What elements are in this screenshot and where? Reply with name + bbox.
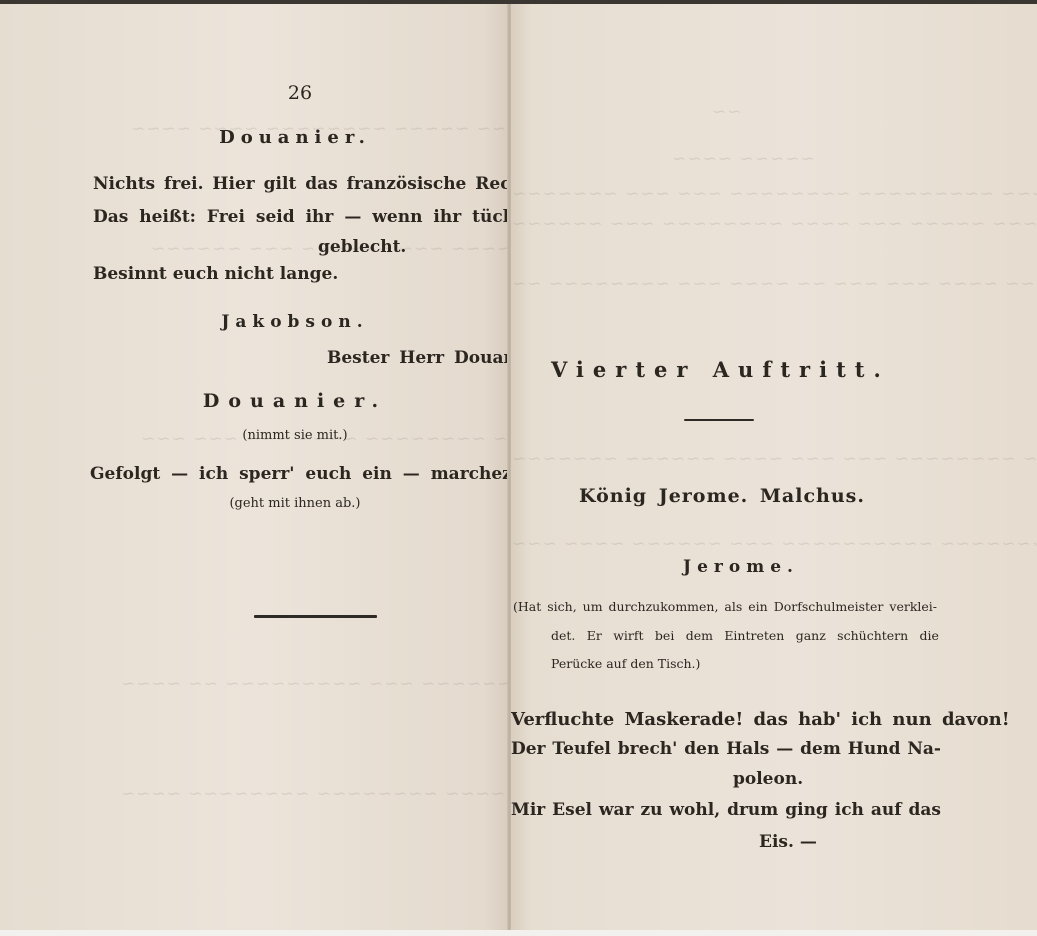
- stage-direction: (geht mit ihnen ab.): [80, 497, 509, 510]
- speaker-heading: Douanier.: [80, 392, 509, 411]
- scene-characters: König Jerome. Malchus.: [579, 487, 865, 506]
- verse-line: Verfluchte Maskerade! das hab' ich nun d…: [511, 711, 1010, 729]
- verse-line-continuation: poleon.: [733, 771, 803, 788]
- page-number: 26: [0, 84, 509, 103]
- left-page: ~~~~~~ ~~~~~ ~~~~~~~~ ~~~~ ~~~~ ~~~~~~ ~…: [0, 4, 509, 930]
- bleed-through-text: ~~~ ~~~ ~~~~~~~~ ~~~ ~~~ ~~~~ ~~~~~~ ~~~…: [511, 449, 1037, 469]
- scene-title: Vierter Auftritt.: [551, 359, 890, 380]
- verse-line-continuation: Eis. —: [759, 834, 817, 851]
- speaker-heading: Douanier.: [80, 129, 509, 147]
- stage-direction: (nimmt sie mit.): [80, 429, 509, 442]
- verse-line: Bester Herr Douanier: [327, 350, 509, 367]
- scan-background: [0, 930, 1037, 936]
- stage-direction: Perücke auf den Tisch.): [551, 658, 700, 671]
- verse-line: Nichts frei. Hier gilt das französische …: [93, 176, 509, 193]
- speaker-heading: Jerome.: [511, 559, 971, 576]
- verse-line: Mir Esel war zu wohl, drum ging ich auf …: [511, 802, 941, 819]
- book-spread: ~~~~~~ ~~~~~ ~~~~~~~~ ~~~~ ~~~~ ~~~~~~ ~…: [0, 4, 1037, 930]
- right-page: ~~ ~~~~~ ~~~~ ~~~~~~ ~~ ~~~ ~~~~~~~~~ ~~…: [511, 4, 1037, 930]
- bleed-through-text: ~~~ ~~~~~~~~~ ~~~ ~~~~~~~~~ ~~ ~~~~: [120, 674, 509, 694]
- bleed-through-text: ~~~~~ ~~~~: [671, 149, 815, 169]
- bleed-through-text: ~~~ ~~~~ ~~~ ~~~ ~~ ~~~~ ~~~ ~~~~~~~~ ~~: [511, 274, 1037, 294]
- bleed-through-text: ~~~~~ ~~~~ ~~~~~~~~ ~~~~~~~~ ~~~~: [120, 784, 509, 804]
- bleed-through-text: ~~: [711, 102, 742, 122]
- section-divider: [684, 419, 754, 421]
- bleed-through-text: ~~~~~~ ~~ ~~~ ~~~~~~~~~ ~~~~~~~~ ~~~ ~~~…: [511, 184, 1037, 204]
- speaker-heading: Jakobson.: [80, 314, 509, 331]
- bleed-through-text: ~~~~~~~~~ ~~~~~~~~~~ ~~~ ~~~~~~ ~~~~ ~~~: [511, 534, 1037, 554]
- verse-line: Das heißt: Frei seid ihr — wenn ihr tüch…: [93, 209, 509, 226]
- verse-line-continuation: geblecht.: [318, 239, 406, 256]
- section-divider: [254, 615, 377, 618]
- verse-line: Der Teufel brech' den Hals — dem Hund Na…: [511, 741, 941, 758]
- verse-line: Gefolgt — ich sperr' euch ein — marchez.: [90, 466, 509, 483]
- stage-direction: det. Er wirft bei dem Eintreten ganz sch…: [551, 630, 939, 643]
- bleed-through-text: ~~~~ ~~~ ~~~~~ ~~~ ~~~~ ~~~~~~~~ ~~~ ~~~…: [511, 214, 1037, 234]
- stage-direction: (Hat sich, um durchzukommen, als ein Dor…: [513, 601, 937, 614]
- verse-line: Besinnt euch nicht lange.: [93, 266, 338, 283]
